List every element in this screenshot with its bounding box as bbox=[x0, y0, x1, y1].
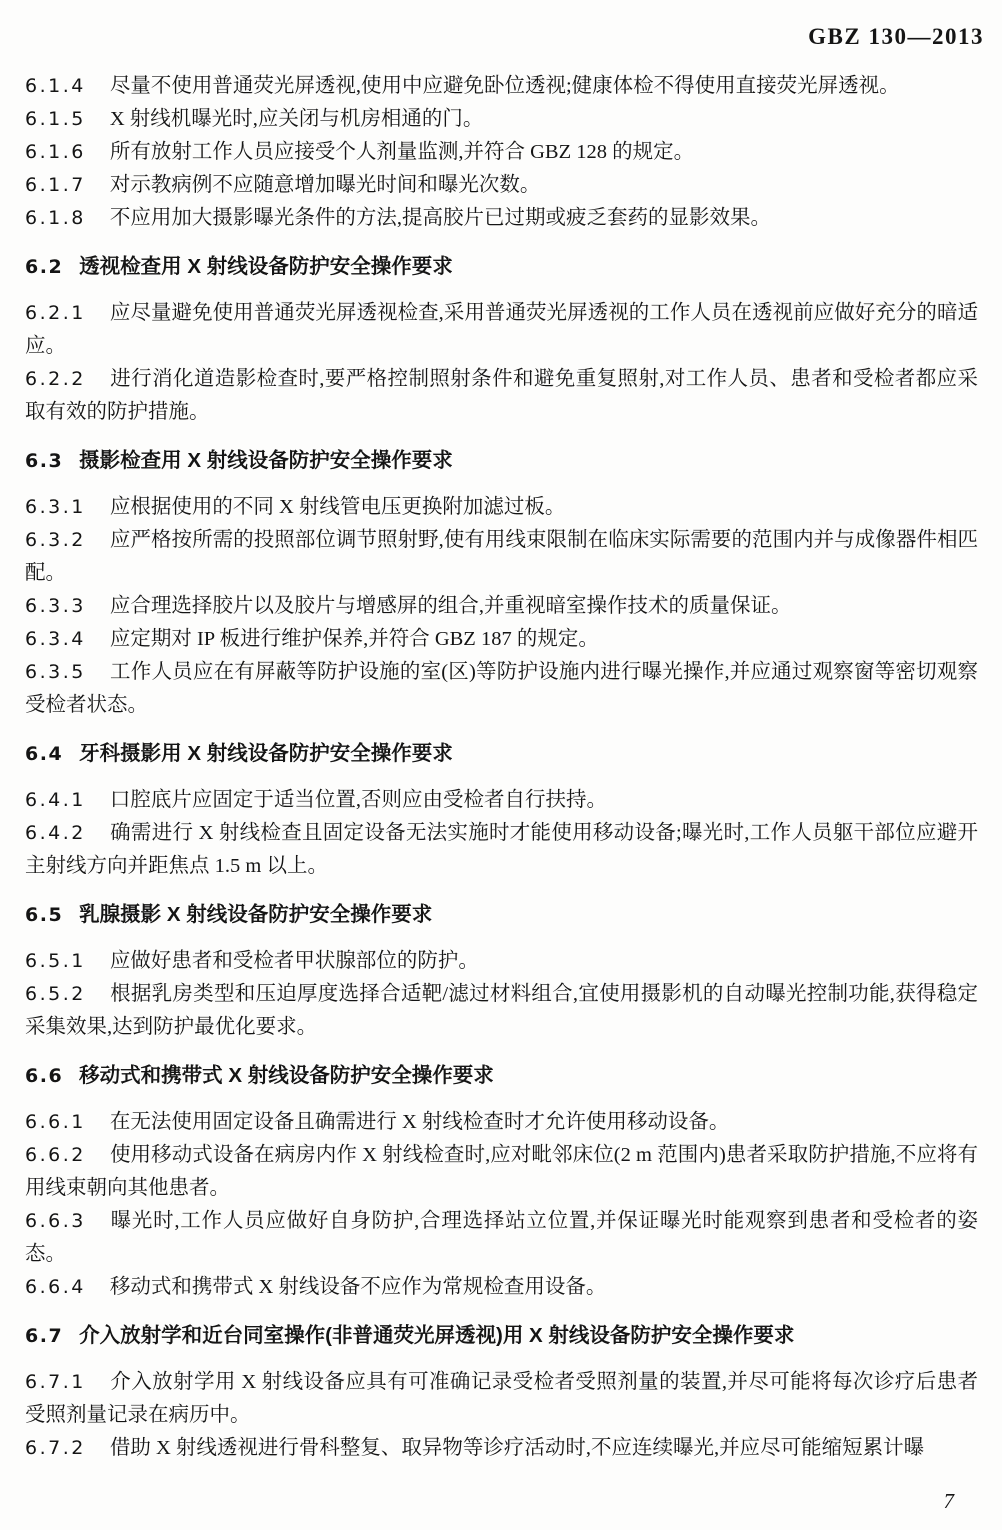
section-number: 6.3 bbox=[25, 450, 79, 472]
clause-text: 工作人员应在有屏蔽等防护设施的室(区)等防护设施内进行曝光操作,并应通过观察窗等… bbox=[25, 661, 978, 716]
clause-text: 所有放射工作人员应接受个人剂量监测,并符合 GBZ 128 的规定。 bbox=[110, 141, 694, 163]
clause: 6.1.8不应用加大摄影曝光条件的方法,提高胶片已过期或疲乏套药的显影效果。 bbox=[25, 202, 978, 235]
clause-text: 应严格按所需的投照部位调节照射野,使有用线束限制在临床实际需要的范围内并与成像器… bbox=[25, 529, 978, 584]
clause-text: 根据乳房类型和压迫厚度选择合适靶/滤过材料组合,宜使用摄影机的自动曝光控制功能,… bbox=[25, 983, 978, 1038]
clause: 6.7.2借助 X 射线透视进行骨科整复、取异物等诊疗活动时,不应连续曝光,并应… bbox=[25, 1432, 978, 1465]
clause: 6.5.2根据乳房类型和压迫厚度选择合适靶/滤过材料组合,宜使用摄影机的自动曝光… bbox=[25, 978, 978, 1044]
clause-text: 对示教病例不应随意增加曝光时间和曝光次数。 bbox=[110, 174, 541, 196]
clause-number: 6.1.8 bbox=[25, 207, 110, 229]
page-number: 7 bbox=[944, 1489, 955, 1513]
clause-number: 6.2.2 bbox=[25, 368, 110, 390]
clause-text: 借助 X 射线透视进行骨科整复、取异物等诊疗活动时,不应连续曝光,并应尽可能缩短… bbox=[110, 1437, 924, 1459]
clause: 6.2.1应尽量避免使用普通荧光屏透视检查,采用普通荧光屏透视的工作人员在透视前… bbox=[25, 297, 978, 363]
clause-number: 6.7.2 bbox=[25, 1437, 110, 1459]
clause-number: 6.4.1 bbox=[25, 789, 110, 811]
section-heading: 6.3摄影检查用 X 射线设备防护安全操作要求 bbox=[25, 444, 978, 478]
clause: 6.7.1介入放射学用 X 射线设备应具有可准确记录受检者受照剂量的装置,并尽可… bbox=[25, 1366, 978, 1432]
clause-text: 口腔底片应固定于适当位置,否则应由受检者自行扶持。 bbox=[110, 789, 607, 811]
page-header: GBZ 130—2013 bbox=[0, 0, 1002, 50]
clause-number: 6.1.4 bbox=[25, 75, 110, 97]
clause-number: 6.2.1 bbox=[25, 302, 110, 324]
clause-text: 使用移动式设备在病房内作 X 射线检查时,应对毗邻床位(2 m 范围内)患者采取… bbox=[25, 1144, 978, 1199]
clause-text: 不应用加大摄影曝光条件的方法,提高胶片已过期或疲乏套药的显影效果。 bbox=[110, 207, 771, 229]
clause-number: 6.6.4 bbox=[25, 1276, 110, 1298]
clause: 6.3.5工作人员应在有屏蔽等防护设施的室(区)等防护设施内进行曝光操作,并应通… bbox=[25, 656, 978, 722]
section-title: 移动式和携带式 X 射线设备防护安全操作要求 bbox=[79, 1064, 494, 1087]
clause-text: 应尽量避免使用普通荧光屏透视检查,采用普通荧光屏透视的工作人员在透视前应做好充分… bbox=[25, 302, 978, 357]
section-title: 牙科摄影用 X 射线设备防护安全操作要求 bbox=[79, 742, 453, 765]
clause-number: 6.5.2 bbox=[25, 983, 110, 1005]
clause-text: 进行消化道造影检查时,要严格控制照射条件和避免重复照射,对工作人员、患者和受检者… bbox=[25, 368, 978, 423]
clause-text: 介入放射学用 X 射线设备应具有可准确记录受检者受照剂量的装置,并尽可能将每次诊… bbox=[25, 1371, 978, 1426]
clause-text: 在无法使用固定设备且确需进行 X 射线检查时才允许使用移动设备。 bbox=[110, 1111, 730, 1133]
clause: 6.1.4尽量不使用普通荧光屏透视,使用中应避免卧位透视;健康体检不得使用直接荧… bbox=[25, 70, 978, 103]
clause-number: 6.7.1 bbox=[25, 1371, 110, 1393]
section-number: 6.4 bbox=[25, 743, 79, 765]
clause-number: 6.1.7 bbox=[25, 174, 110, 196]
clause: 6.4.1口腔底片应固定于适当位置,否则应由受检者自行扶持。 bbox=[25, 784, 978, 817]
clause: 6.1.6所有放射工作人员应接受个人剂量监测,并符合 GBZ 128 的规定。 bbox=[25, 136, 978, 169]
clause-number: 6.4.2 bbox=[25, 822, 110, 844]
clause-text: 确需进行 X 射线检查且固定设备无法实施时才能使用移动设备;曝光时,工作人员躯干… bbox=[25, 822, 978, 877]
clause-number: 6.6.1 bbox=[25, 1111, 110, 1133]
clause-text: 应根据使用的不同 X 射线管电压更换附加滤过板。 bbox=[110, 496, 566, 518]
document-content: 6.1.4尽量不使用普通荧光屏透视,使用中应避免卧位透视;健康体检不得使用直接荧… bbox=[0, 50, 1002, 1465]
section-number: 6.6 bbox=[25, 1065, 79, 1087]
clause-text: 应定期对 IP 板进行维护保养,并符合 GBZ 187 的规定。 bbox=[110, 628, 599, 650]
clause-text: 曝光时,工作人员应做好自身防护,合理选择站立位置,并保证曝光时能观察到患者和受检… bbox=[25, 1210, 978, 1265]
section-title: 乳腺摄影 X 射线设备防护安全操作要求 bbox=[79, 903, 432, 926]
section-title: 摄影检查用 X 射线设备防护安全操作要求 bbox=[79, 449, 453, 472]
clause-text: 应做好患者和受检者甲状腺部位的防护。 bbox=[110, 950, 479, 972]
section-heading: 6.6移动式和携带式 X 射线设备防护安全操作要求 bbox=[25, 1059, 978, 1093]
clause-text: 移动式和携带式 X 射线设备不应作为常规检查用设备。 bbox=[110, 1276, 607, 1298]
clause: 6.3.1应根据使用的不同 X 射线管电压更换附加滤过板。 bbox=[25, 491, 978, 524]
clause: 6.6.1在无法使用固定设备且确需进行 X 射线检查时才允许使用移动设备。 bbox=[25, 1106, 978, 1139]
section-title: 介入放射学和近台同室操作(非普通荧光屏透视)用 X 射线设备防护安全操作要求 bbox=[79, 1324, 794, 1347]
clause: 6.3.4应定期对 IP 板进行维护保养,并符合 GBZ 187 的规定。 bbox=[25, 623, 978, 656]
clause-number: 6.5.1 bbox=[25, 950, 110, 972]
clause-text: 应合理选择胶片以及胶片与增感屏的组合,并重视暗室操作技术的质量保证。 bbox=[110, 595, 792, 617]
clause-text: 尽量不使用普通荧光屏透视,使用中应避免卧位透视;健康体检不得使用直接荧光屏透视。 bbox=[110, 75, 900, 97]
clause: 6.4.2确需进行 X 射线检查且固定设备无法实施时才能使用移动设备;曝光时,工… bbox=[25, 817, 978, 883]
clause: 6.3.2应严格按所需的投照部位调节照射野,使有用线束限制在临床实际需要的范围内… bbox=[25, 524, 978, 590]
section-heading: 6.4牙科摄影用 X 射线设备防护安全操作要求 bbox=[25, 737, 978, 771]
clause: 6.2.2进行消化道造影检查时,要严格控制照射条件和避免重复照射,对工作人员、患… bbox=[25, 363, 978, 429]
section-number: 6.5 bbox=[25, 904, 79, 926]
clause: 6.6.3曝光时,工作人员应做好自身防护,合理选择站立位置,并保证曝光时能观察到… bbox=[25, 1205, 978, 1271]
section-heading: 6.5乳腺摄影 X 射线设备防护安全操作要求 bbox=[25, 898, 978, 932]
section-title: 透视检查用 X 射线设备防护安全操作要求 bbox=[79, 255, 453, 278]
clause: 6.1.7对示教病例不应随意增加曝光时间和曝光次数。 bbox=[25, 169, 978, 202]
clause-number: 6.3.2 bbox=[25, 529, 110, 551]
section-heading: 6.7介入放射学和近台同室操作(非普通荧光屏透视)用 X 射线设备防护安全操作要… bbox=[25, 1319, 978, 1353]
clause: 6.1.5X 射线机曝光时,应关闭与机房相通的门。 bbox=[25, 103, 978, 136]
clause-number: 6.3.3 bbox=[25, 595, 110, 617]
section-number: 6.2 bbox=[25, 256, 79, 278]
clause-number: 6.3.5 bbox=[25, 661, 110, 683]
clause: 6.6.4移动式和携带式 X 射线设备不应作为常规检查用设备。 bbox=[25, 1271, 978, 1304]
clause: 6.6.2使用移动式设备在病房内作 X 射线检查时,应对毗邻床位(2 m 范围内… bbox=[25, 1139, 978, 1205]
clause-text: X 射线机曝光时,应关闭与机房相通的门。 bbox=[110, 108, 484, 130]
page-footer: 7 bbox=[944, 1489, 955, 1514]
clause-number: 6.3.1 bbox=[25, 496, 110, 518]
document-page: GBZ 130—2013 6.1.4尽量不使用普通荧光屏透视,使用中应避免卧位透… bbox=[0, 0, 1002, 1530]
clause-number: 6.1.5 bbox=[25, 108, 110, 130]
clause-number: 6.6.3 bbox=[25, 1210, 110, 1232]
clause-number: 6.1.6 bbox=[25, 141, 110, 163]
clause: 6.3.3应合理选择胶片以及胶片与增感屏的组合,并重视暗室操作技术的质量保证。 bbox=[25, 590, 978, 623]
section-number: 6.7 bbox=[25, 1325, 79, 1347]
section-heading: 6.2透视检查用 X 射线设备防护安全操作要求 bbox=[25, 250, 978, 284]
standard-code: GBZ 130—2013 bbox=[808, 24, 984, 49]
clause: 6.5.1应做好患者和受检者甲状腺部位的防护。 bbox=[25, 945, 978, 978]
clause-number: 6.3.4 bbox=[25, 628, 110, 650]
clause-number: 6.6.2 bbox=[25, 1144, 110, 1166]
